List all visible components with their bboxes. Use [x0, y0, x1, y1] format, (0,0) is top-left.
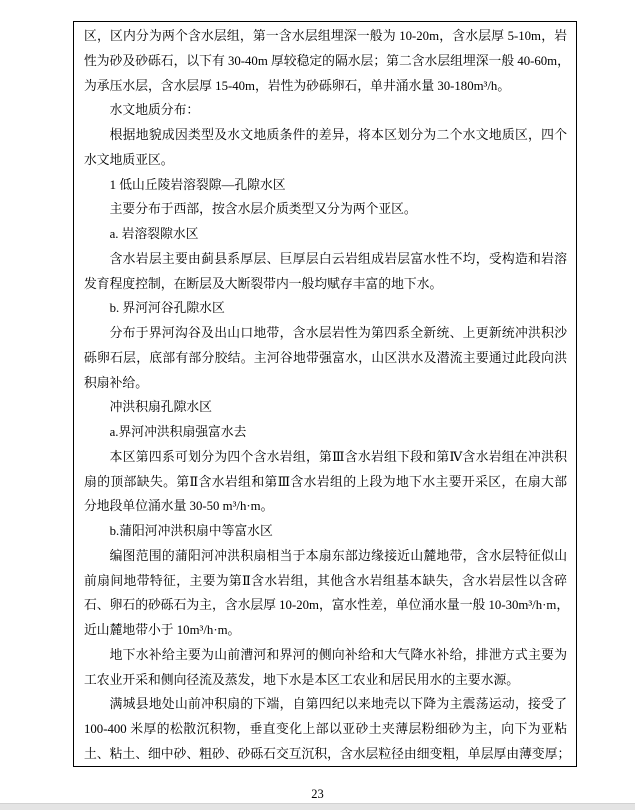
text-line: b. 界河河谷孔隙水区 [84, 296, 567, 321]
text-line: 石、卵石的砂砾石为主，含水层厚 10-20m，富水性差，单位涌水量一般 10-3… [84, 593, 567, 618]
paragraph: 1 低山丘陵岩溶裂隙—孔隙水区 [84, 173, 567, 198]
document-page: 区，区内分为两个含水层组，第一含水层组埋深一般为 10-20m，含水层厚 5-1… [0, 0, 635, 810]
text-line: 性为砂及砂砾石，以下有 30-40m 厚较稳定的隔水层；第二含水层组埋深一般 4… [84, 49, 567, 74]
paragraph: 地下水补给主要为山前漕河和界河的侧向补给和大气降水补给，排泄方式主要为工农业开采… [84, 643, 567, 693]
text-line: 1 低山丘陵岩溶裂隙—孔隙水区 [84, 173, 567, 198]
paragraph: 编图范围的蒲阳河冲洪积扇相当于本扇东部边缘接近山麓地带，含水层特征似山前扇间地带… [84, 544, 567, 643]
paragraph: 分布于界河沟谷及出山口地带，含水层岩性为第四系全新统、上更新统冲洪积沙砾卵石层，… [84, 321, 567, 395]
text-line: 积扇补给。 [84, 371, 567, 396]
text-line: 扇的顶部缺失。第Ⅱ含水岩组和第Ⅲ含水岩组的上段为地下水主要开采区，在扇大部 [84, 470, 567, 495]
page-number: 23 [0, 787, 635, 802]
window-bottom-edge [0, 803, 635, 810]
paragraph: 水文地质分布： [84, 98, 567, 123]
text-line: 近山麓地带小于 10m³/h·m。 [84, 618, 567, 643]
paragraph: 满城县地处山前冲积扇的下端，自第四纪以来地壳以下降为主震荡运动，接受了100-4… [84, 692, 567, 766]
text-line: a. 岩溶裂隙水区 [84, 222, 567, 247]
text-line: 砾卵石层，底部有部分胶结。主河谷地带强富水，山区洪水及潜流主要通过此段向洪 [84, 346, 567, 371]
text-frame: 区，区内分为两个含水层组，第一含水层组埋深一般为 10-20m，含水层厚 5-1… [73, 21, 577, 767]
paragraph: 区，区内分为两个含水层组，第一含水层组埋深一般为 10-20m，含水层厚 5-1… [84, 24, 567, 98]
text-line: 地下水补给主要为山前漕河和界河的侧向补给和大气降水补给，排泄方式主要为 [84, 643, 567, 668]
text-line: 水文地质亚区。 [84, 148, 567, 173]
paragraph: a.界河冲洪积扇强富水去 [84, 420, 567, 445]
body-text: 区，区内分为两个含水层组，第一含水层组埋深一般为 10-20m，含水层厚 5-1… [84, 24, 567, 767]
paragraph: 主要分布于西部，按含水层介质类型又分为两个亚区。 [84, 197, 567, 222]
text-line: 发育程度控制，在断层及大断裂带内一般均赋存丰富的地下水。 [84, 272, 567, 297]
text-line: 分布于界河沟谷及出山口地带，含水层岩性为第四系全新统、上更新统冲洪积沙 [84, 321, 567, 346]
text-line: 编图范围的蒲阳河冲洪积扇相当于本扇东部边缘接近山麓地带，含水层特征似山 [84, 544, 567, 569]
text-line: 工农业开采和侧向径流及蒸发，地下水是本区工农业和居民用水的主要水源。 [84, 668, 567, 693]
text-line: 主要分布于西部，按含水层介质类型又分为两个亚区。 [84, 197, 567, 222]
text-line: 分地段单位涌水量 30-50 m³/h·m。 [84, 494, 567, 519]
text-line: 前扇间地带特征，主要为第Ⅱ含水岩组，其他含水岩组基本缺失，含水岩层性以含碎 [84, 569, 567, 594]
paragraph: 本区第四系可划分为四个含水岩组，第Ⅲ含水岩组下段和第Ⅳ含水岩组在冲洪积扇的顶部缺… [84, 445, 567, 519]
text-line: b.蒲阳河冲洪积扇中等富水区 [84, 519, 567, 544]
text-line: 区，区内分为两个含水层组，第一含水层组埋深一般为 10-20m，含水层厚 5-1… [84, 24, 567, 49]
text-line: 含水岩层主要由蓟县系厚层、巨厚层白云岩组成岩层富水性不均，受构造和岩溶 [84, 247, 567, 272]
text-line: 为承压水层，含水层厚 15-40m，岩性为砂砾卵石，单井涌水量 30-180m³… [84, 74, 567, 99]
text-line: a.界河冲洪积扇强富水去 [84, 420, 567, 445]
paragraph: b. 界河河谷孔隙水区 [84, 296, 567, 321]
text-line: 本区第四系可划分为四个含水岩组，第Ⅲ含水岩组下段和第Ⅳ含水岩组在冲洪积 [84, 445, 567, 470]
paragraph: b.蒲阳河冲洪积扇中等富水区 [84, 519, 567, 544]
paragraph: 根据地貌成因类型及水文地质条件的差异，将本区划分为二个水文地质区，四个水文地质亚… [84, 123, 567, 173]
text-line: 水文地质分布： [84, 98, 567, 123]
paragraph: a. 岩溶裂隙水区 [84, 222, 567, 247]
text-line: 根据地貌成因类型及水文地质条件的差异，将本区划分为二个水文地质区，四个 [84, 123, 567, 148]
paragraph: 含水岩层主要由蓟县系厚层、巨厚层白云岩组成岩层富水性不均，受构造和岩溶发育程度控… [84, 247, 567, 297]
text-line: 土、粘土、细中砂、粗砂、砂砾石交互沉积，含水层粒径由细变粗，单层厚由薄变厚； [84, 742, 567, 767]
paragraph: 冲洪积扇孔隙水区 [84, 395, 567, 420]
text-line: 100-400 米厚的松散沉积物，垂直变化上部以亚砂土夹薄层粉细砂为主，向下为亚… [84, 717, 567, 742]
text-line: 冲洪积扇孔隙水区 [84, 395, 567, 420]
text-line: 满城县地处山前冲积扇的下端，自第四纪以来地壳以下降为主震荡运动，接受了 [84, 692, 567, 717]
